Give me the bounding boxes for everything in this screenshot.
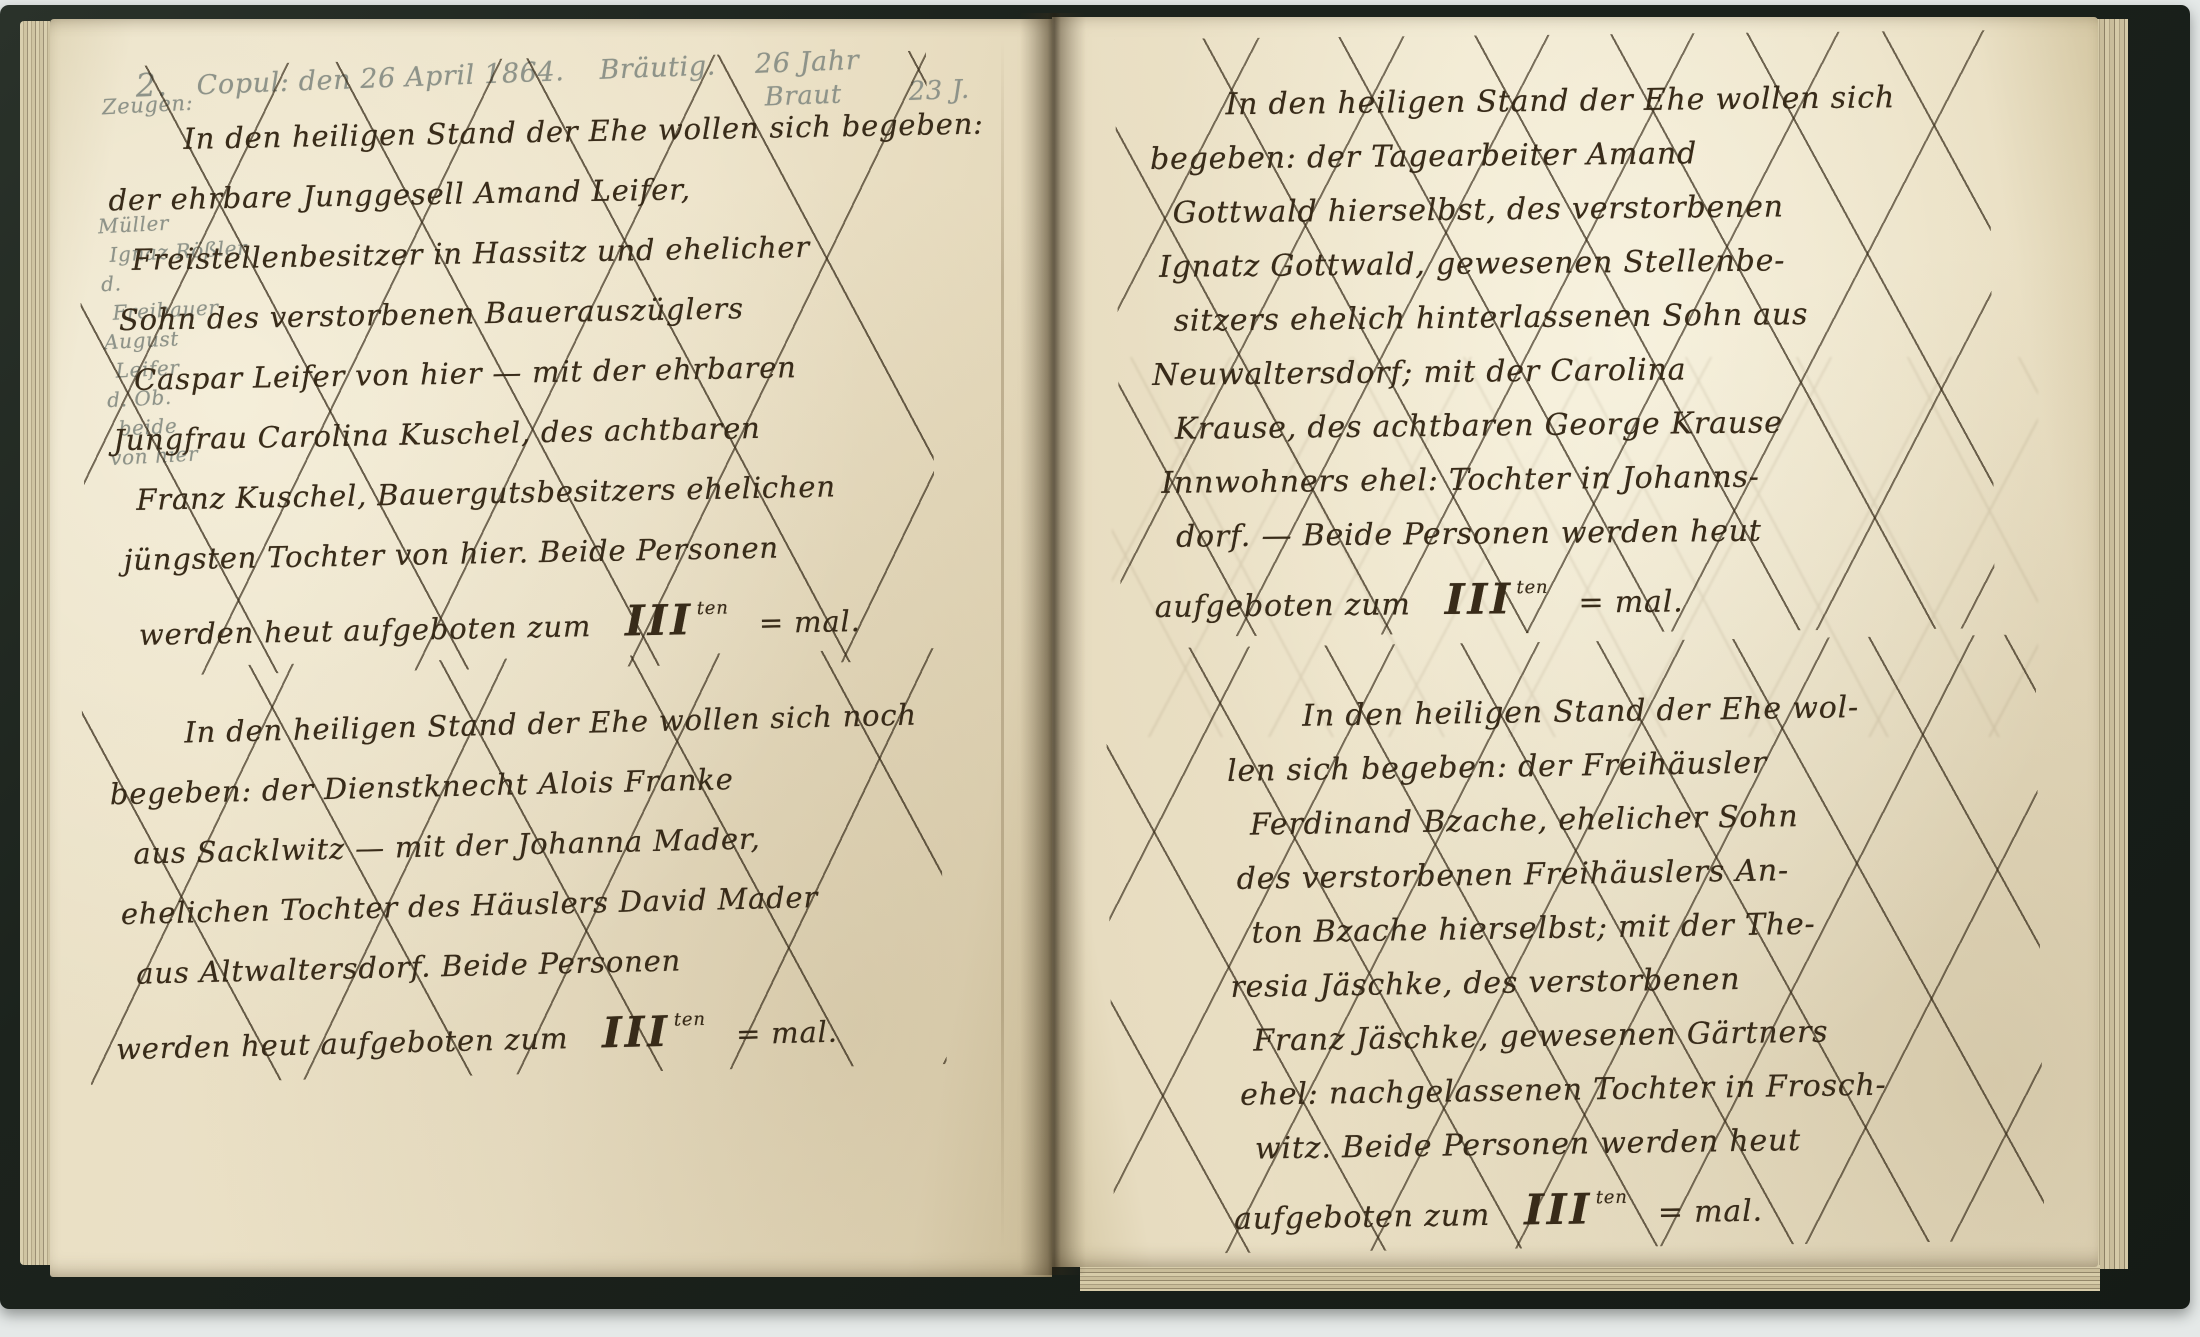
closing-pre: aufgeboten zum — [1155, 587, 1411, 625]
handwriting-line: Ignatz Gottwald, gewesenen Stellenbe- — [1159, 233, 1912, 295]
banns-entry-1: In den heiligen Stand der Ehe wollen sic… — [107, 96, 877, 650]
banns-entry-4: In den heiligen Stand der Ehe wol- len s… — [1226, 679, 1994, 1231]
closing-line: aufgeboten zumIIIten= mal. — [1233, 1165, 1994, 1231]
handwriting-line: Neuwaltersdorf; mit der Carolina — [1152, 341, 1913, 403]
closing-post: = mal. — [1578, 584, 1683, 620]
numeral-superscript: ten — [697, 598, 729, 620]
closing-pre: werden heut aufgeboten zum — [139, 609, 592, 652]
roman-numeral: III — [1519, 1182, 1598, 1237]
page-edge-stack-right — [2094, 19, 2128, 1269]
handwriting-line: dorf. — Beide Personen werden heut — [1176, 503, 1915, 565]
page-edge-stack-bottom — [1080, 1265, 2100, 1291]
page-fold-line — [1001, 39, 1004, 1249]
closing-pre: werden heut aufgeboten zum — [116, 1021, 569, 1066]
closing-post: = mal. — [736, 1015, 838, 1051]
closing-line: werden heut aufgeboten zumIIIten= mal. — [138, 576, 877, 650]
numeral-superscript: ten — [1516, 577, 1548, 598]
right-page: In den heiligen Stand der Ehe wollen sic… — [1052, 17, 2098, 1267]
banns-entry-3: In den heiligen Stand der Ehe wollen sic… — [1149, 71, 1915, 619]
roman-numeral: III — [597, 1002, 676, 1064]
handwriting-line: Gottwald hierselbst, des verstorbenen — [1172, 179, 1911, 241]
numeral-superscript: ten — [674, 1009, 706, 1031]
closing-post: = mal. — [1658, 1194, 1763, 1231]
banns-entry-2: In den heiligen Stand der Ehe wollen sic… — [108, 686, 877, 1064]
left-page: 2. Copul: den 26 April 1864. Bräutig. 26… — [50, 19, 1052, 1277]
scanned-register-spread: 2. Copul: den 26 April 1864. Bräutig. 26… — [0, 0, 2200, 1337]
handwriting-line: In den heiligen Stand der Ehe wollen sic… — [1225, 71, 1910, 132]
roman-numeral: III — [619, 590, 699, 652]
closing-line: aufgeboten zumIIIten= mal. — [1154, 557, 1915, 619]
book-cover: 2. Copul: den 26 April 1864. Bräutig. 26… — [0, 5, 2190, 1309]
handwriting-line: begeben: der Tagearbeiter Amand — [1150, 125, 1911, 187]
groom-label: Bräutig. — [599, 50, 716, 85]
handwriting-line: Krause, des achtbaren George Krause — [1175, 395, 1914, 457]
groom-age: 26 Jahr — [754, 45, 859, 80]
numeral-superscript: ten — [1596, 1187, 1628, 1208]
bride-age: 23 J. — [908, 75, 970, 107]
roman-numeral: III — [1439, 572, 1518, 627]
page-edge-stack-left — [20, 21, 50, 1265]
gutter-shadow — [1020, 13, 1086, 1275]
closing-pre: aufgeboten zum — [1234, 1198, 1491, 1237]
handwriting-line: sitzers ehelich hinterlassenen Sohn aus — [1173, 287, 1912, 349]
closing-post: = mal. — [759, 604, 861, 640]
handwriting-line: Innwohners ehel: Tochter in Johanns- — [1161, 449, 1914, 511]
copulation-date: Copul: den 26 April 1864. — [196, 56, 565, 101]
